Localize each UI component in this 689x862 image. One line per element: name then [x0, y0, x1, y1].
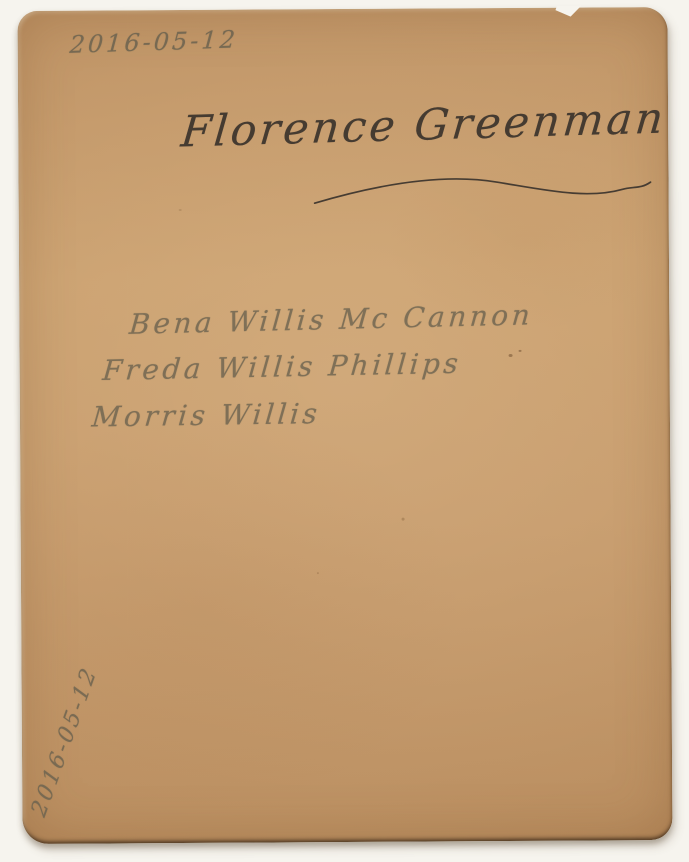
- scan-background: 2016-05-12 Florence Greenman Bena Willis…: [0, 0, 689, 862]
- photo-card-back: 2016-05-12 Florence Greenman Bena Willis…: [17, 7, 672, 844]
- handwritten-title: Florence Greenman: [179, 93, 668, 157]
- penciled-name-line-2: Freda Willis Phillips: [101, 347, 462, 387]
- card-speck: [317, 572, 319, 574]
- penciled-name-line-1: Bena Willis Mc Cannon: [128, 298, 535, 341]
- card-speck: [519, 350, 522, 352]
- card-speck: [179, 209, 182, 211]
- card-speck: [402, 518, 405, 521]
- top-edge-chip: [555, 6, 581, 17]
- title-underline-flourish: [300, 167, 660, 213]
- penciled-date-top-left: 2016-05-12: [69, 25, 239, 59]
- penciled-name-line-3: Morris Willis: [90, 397, 321, 433]
- penciled-date-bottom-left: 2016-05-12: [27, 662, 102, 821]
- card-speck: [509, 354, 513, 357]
